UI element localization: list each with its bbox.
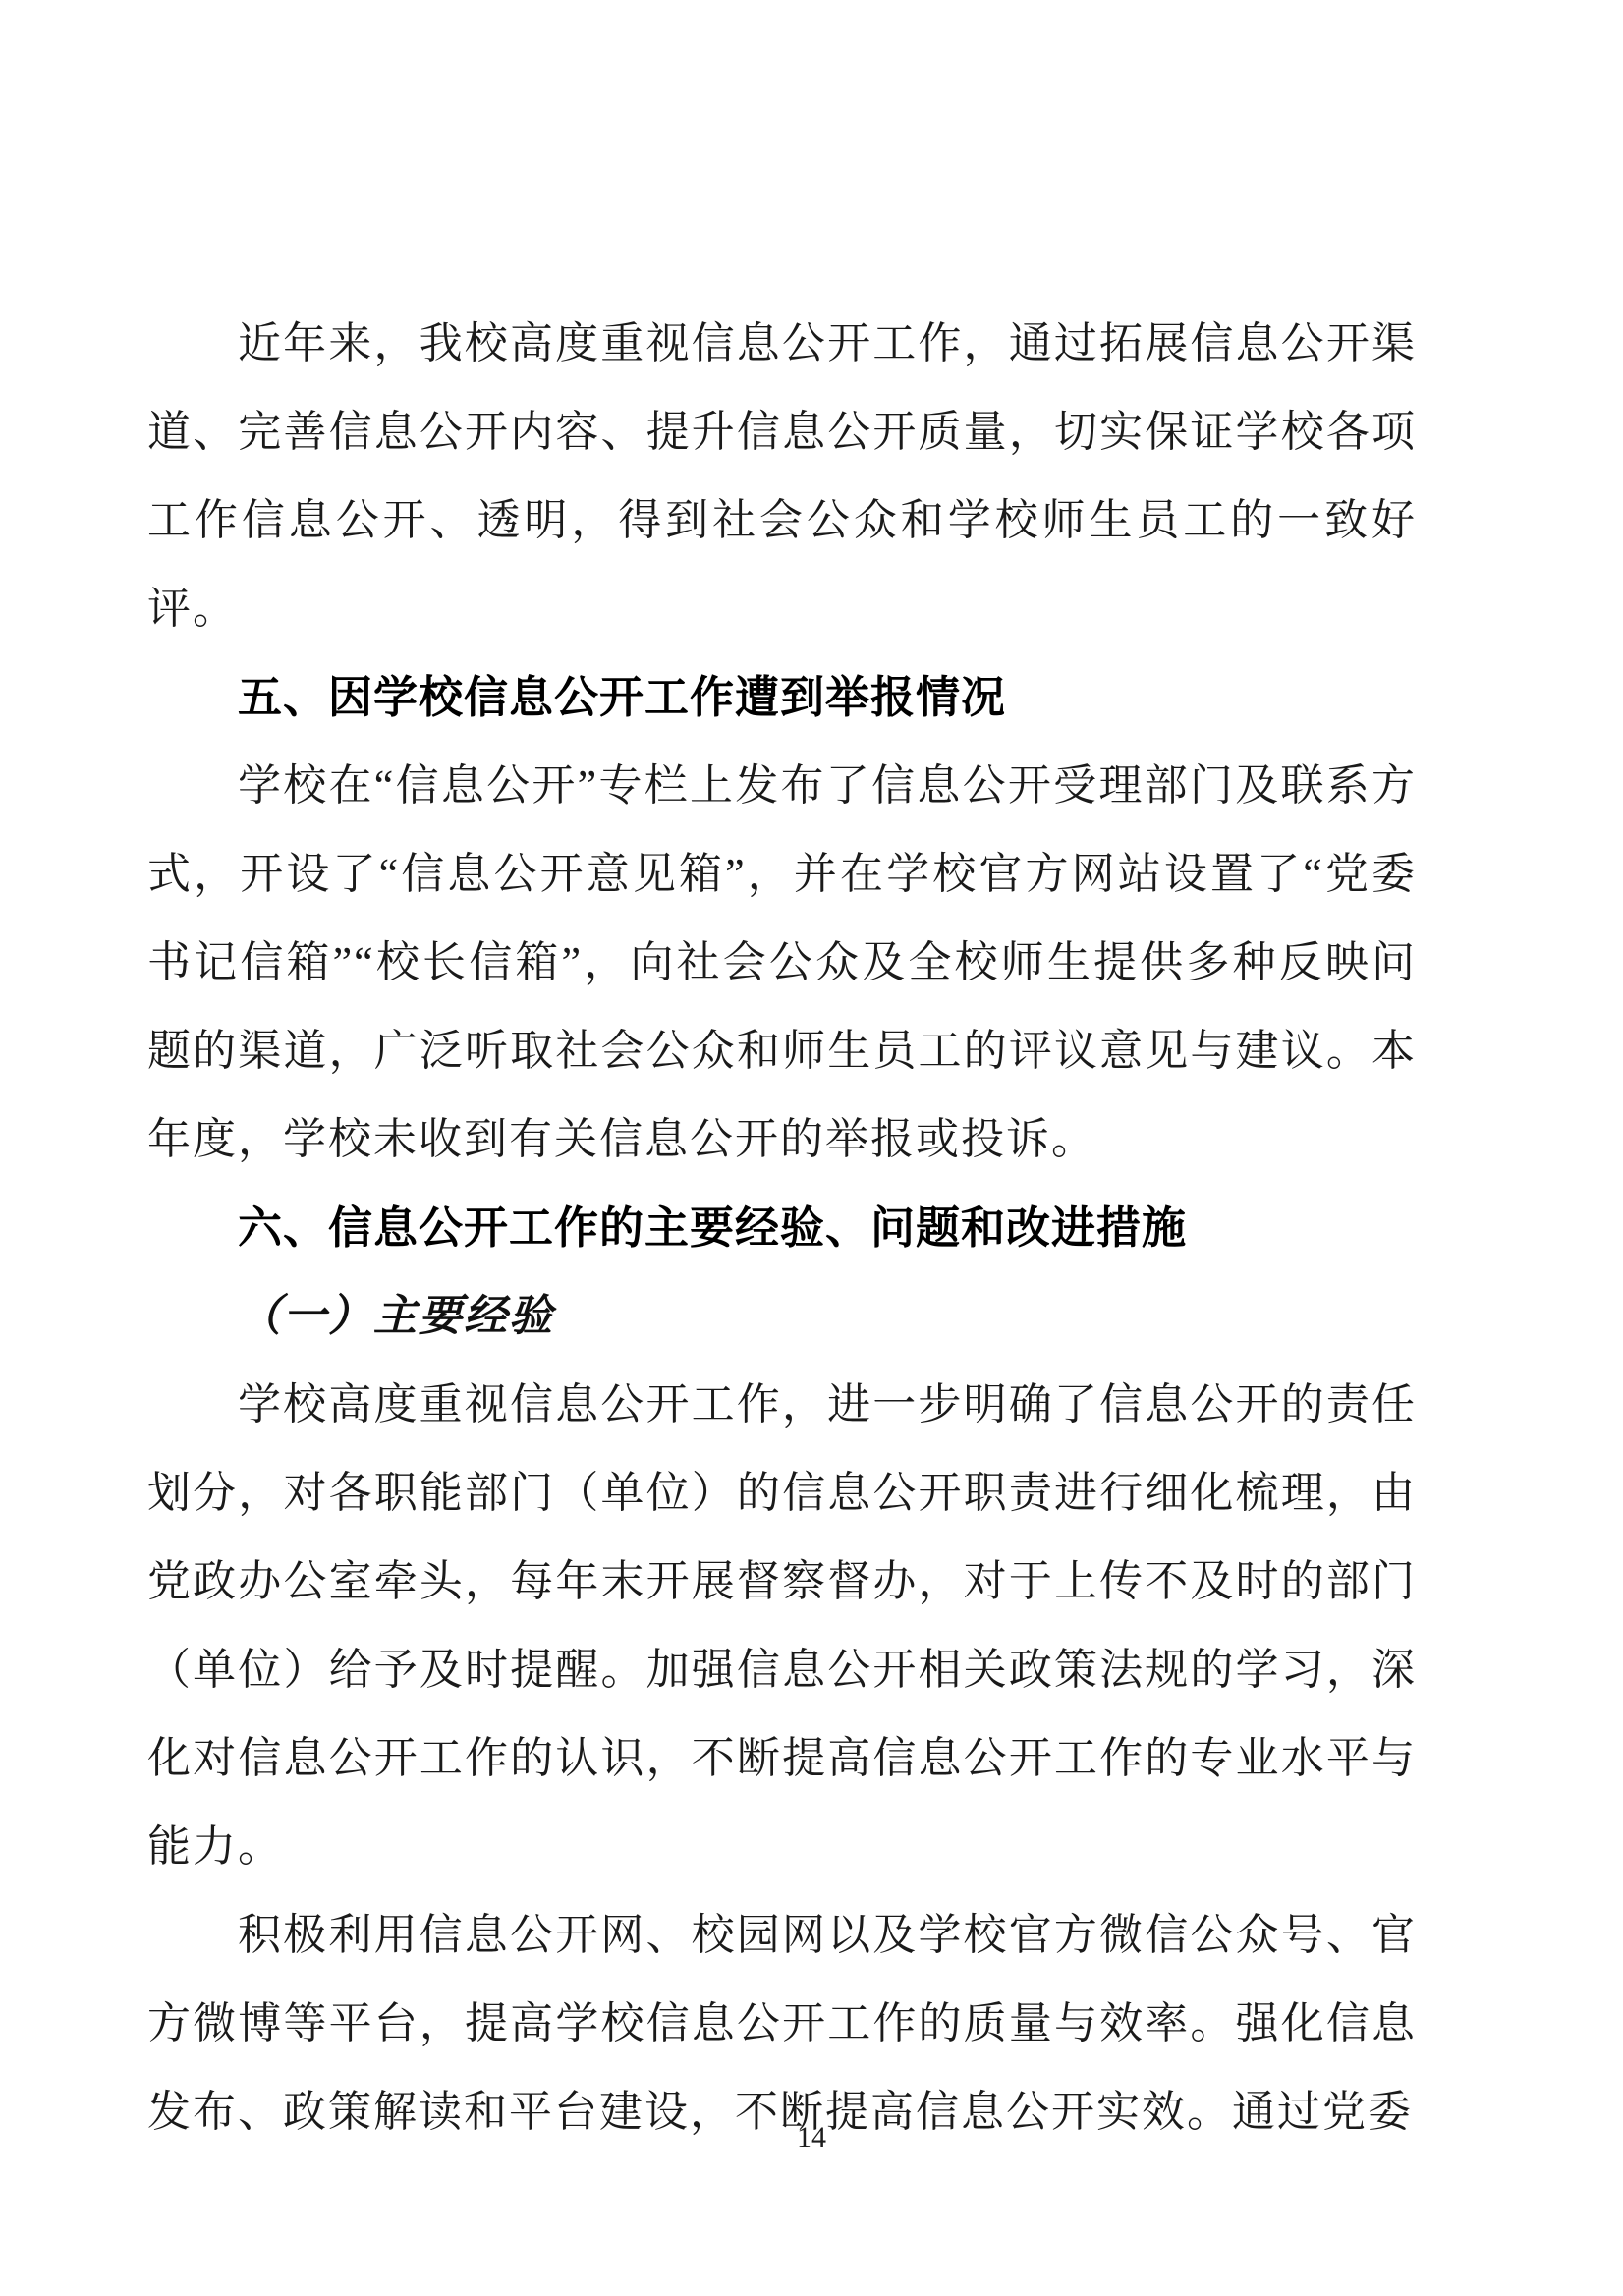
paragraph-6-1-experience-a: 学校高度重视信息公开工作，进一步明确了信息公开的责任划分，对各职能部门（单位）的…: [147, 1361, 1417, 1891]
heading-section-5: 五、因学校信息公开工作遭到举报情况: [147, 653, 1417, 742]
page-number: 14: [0, 2120, 1623, 2156]
subheading-6-1-main-experience: （一）主要经验: [147, 1272, 1417, 1361]
paragraph-6-1-experience-b: 积极利用信息公开网、校园网以及学校官方微信公众号、官方微博等平台，提高学校信息公…: [147, 1891, 1417, 2156]
document-page: 近年来，我校高度重视信息公开工作，通过拓展信息公开渠道、完善信息公开内容、提升信…: [0, 0, 1623, 2296]
paragraph-intro: 近年来，我校高度重视信息公开工作，通过拓展信息公开渠道、完善信息公开内容、提升信…: [147, 300, 1417, 653]
paragraph-section-5: 学校在“信息公开”专栏上发布了信息公开受理部门及联系方式，开设了“信息公开意见箱…: [147, 742, 1417, 1184]
heading-section-6: 六、信息公开工作的主要经验、问题和改进措施: [147, 1184, 1417, 1272]
document-content: 近年来，我校高度重视信息公开工作，通过拓展信息公开渠道、完善信息公开内容、提升信…: [147, 300, 1417, 2156]
